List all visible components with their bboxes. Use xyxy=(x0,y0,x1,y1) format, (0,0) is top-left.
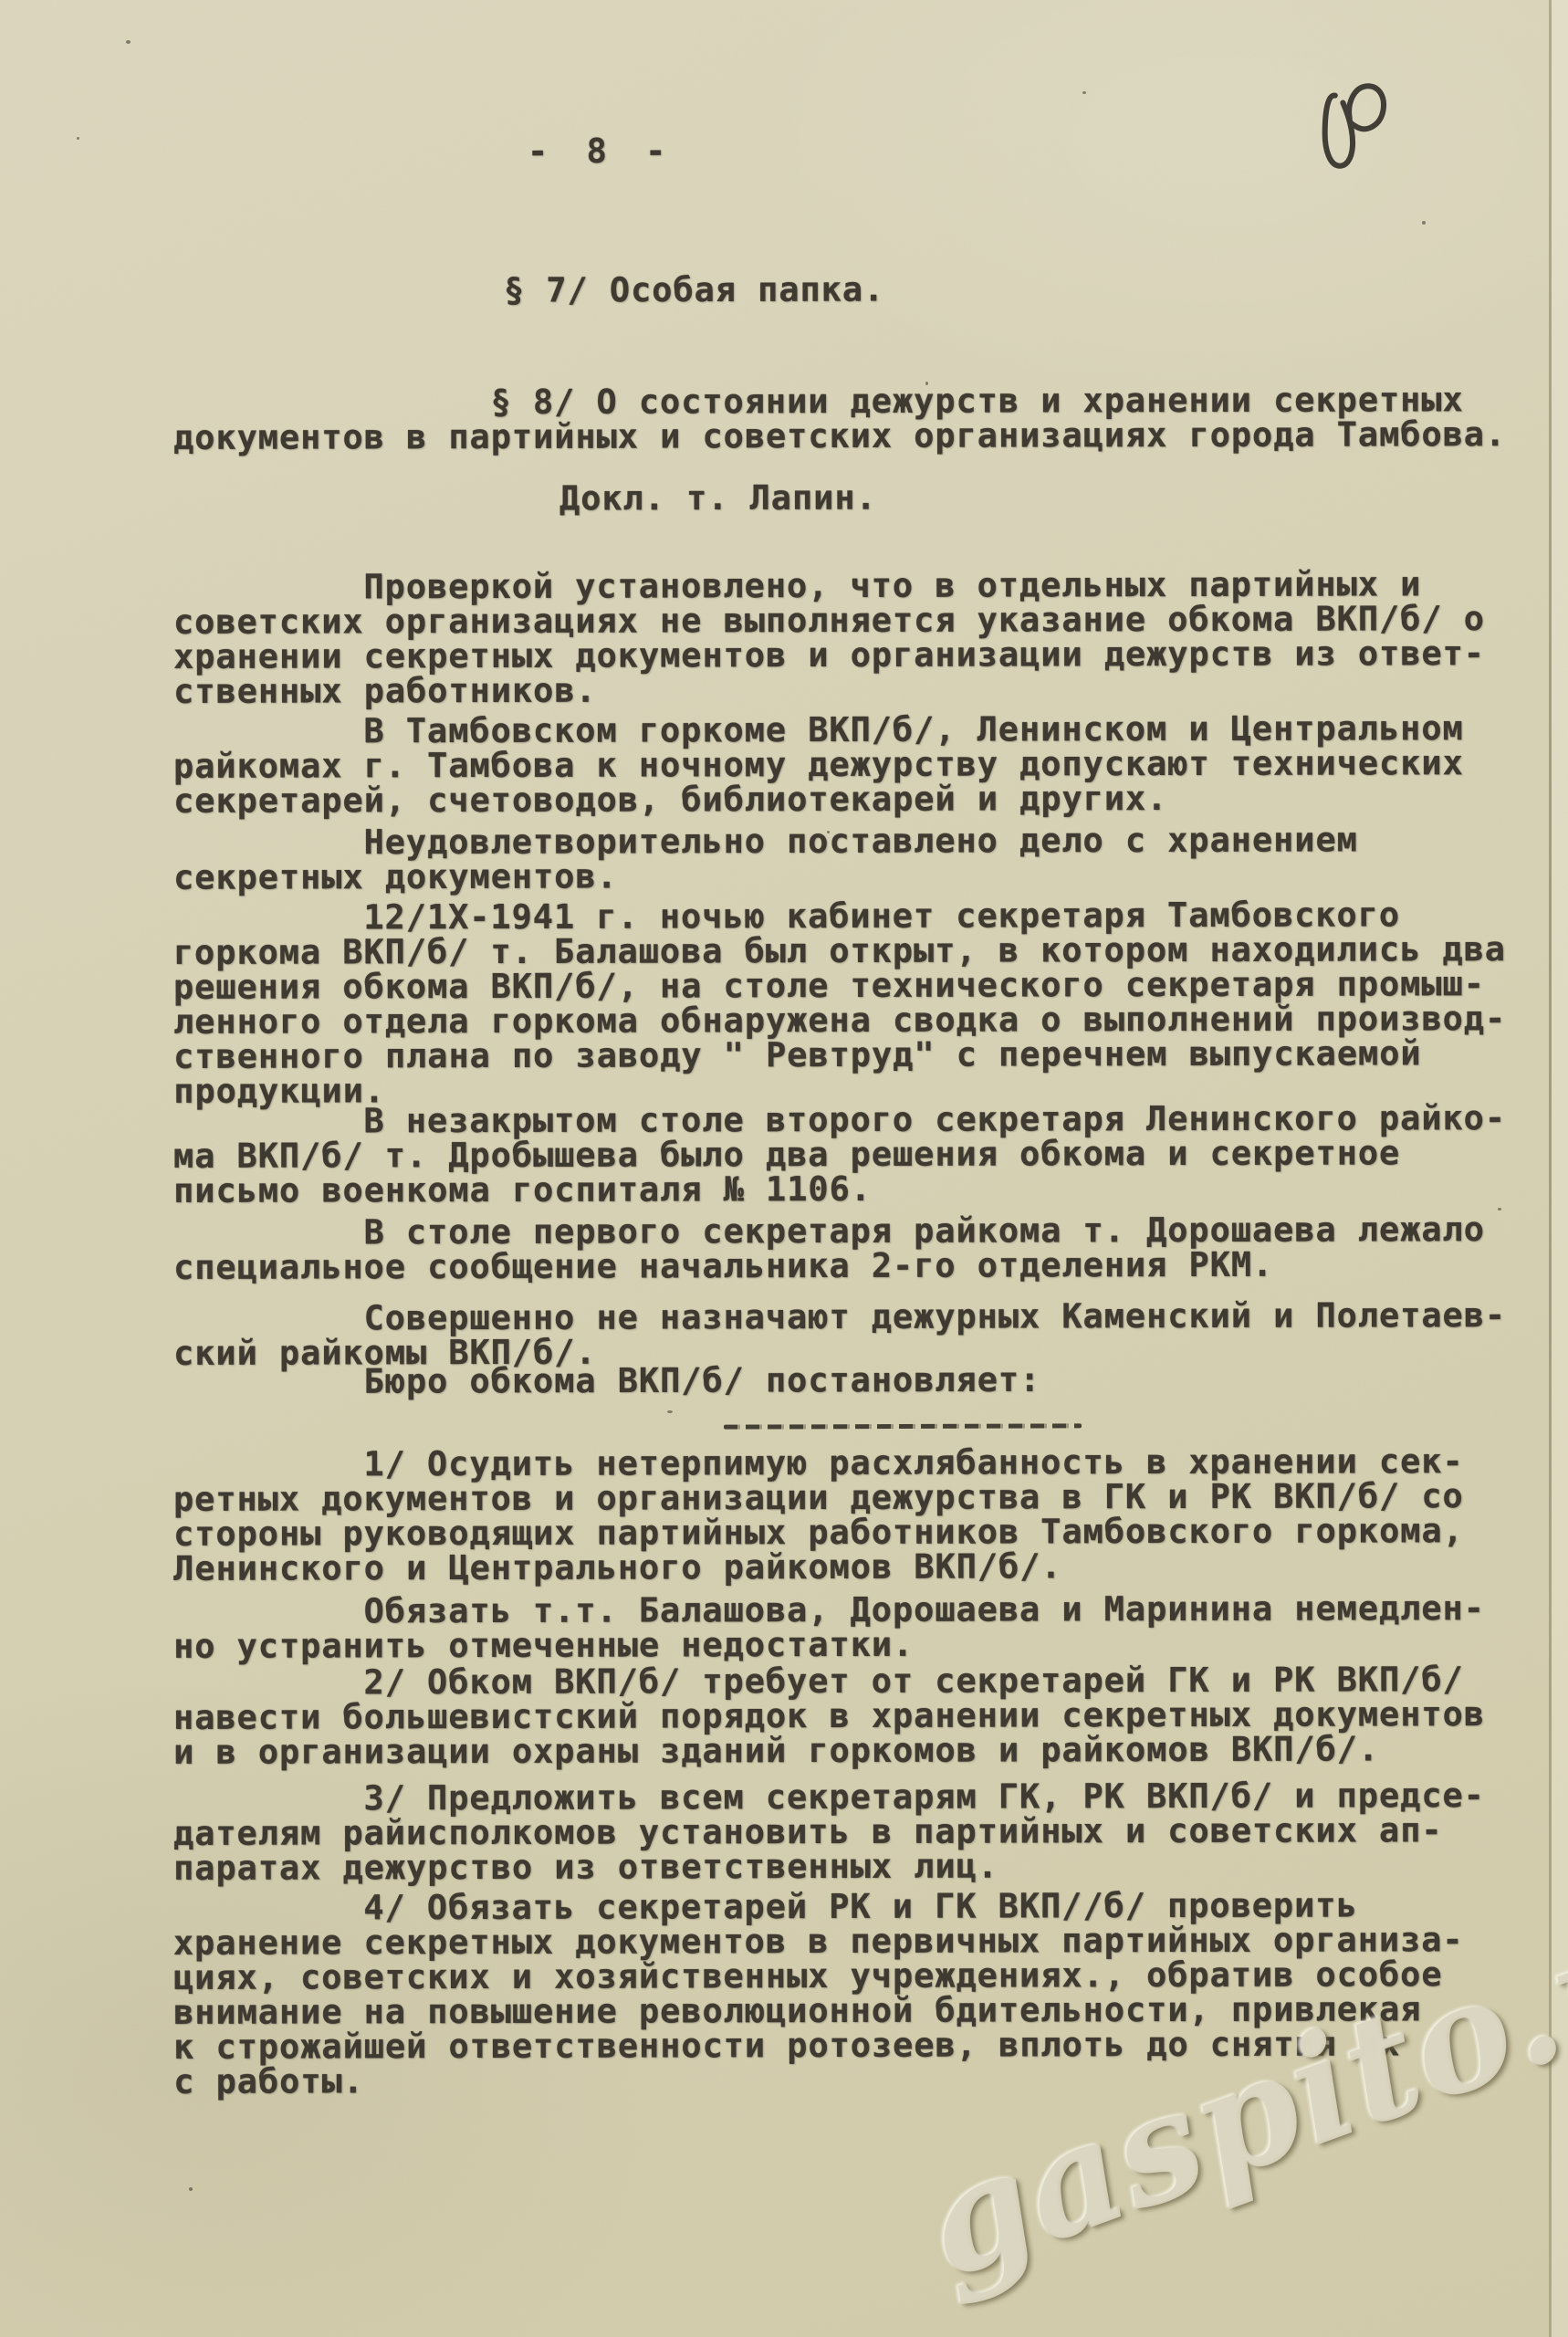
paragraph-gorkom-duty: В Тамбовском горкоме ВКП/б/, Ленинском и… xyxy=(173,711,1464,819)
resolution-item-2: 2/ Обком ВКП/б/ требует от секретарей ГК… xyxy=(173,1662,1485,1770)
paragraph-inspection-findings: Проверкой установлено, что в отдельных п… xyxy=(173,567,1485,709)
paper-speck xyxy=(1498,1208,1501,1210)
paper-speck xyxy=(667,1410,673,1413)
paper-speck xyxy=(1082,91,1086,94)
section-7-heading: § 7/ Особая папка. xyxy=(504,272,884,308)
dashed-rule xyxy=(724,1423,1082,1429)
paper-speck xyxy=(1422,221,1426,225)
resolution-item-4: 4/ Обязать секретарей РК и ГК ВКП//б/ пр… xyxy=(173,1888,1464,2100)
section-8-heading: § 8/ О состоянии дежурств и хранении сек… xyxy=(173,383,1506,456)
paragraph-storage-unsatisfactory: Неудовлетворительно поставлено дело с хр… xyxy=(173,823,1358,895)
page-number: - 8 - xyxy=(528,134,674,169)
resolution-item-3: 3/ Предложить всем секретарям ГК, РК ВКП… xyxy=(173,1778,1485,1886)
paper-speck xyxy=(77,137,79,140)
paper-speck xyxy=(126,40,131,44)
resolution-intro: Бюро обкома ВКП/б/ постановляет: xyxy=(173,1363,1040,1399)
document-page: - 8 - § 7/ Особая папка. § 8/ О состояни… xyxy=(0,0,1568,2337)
paragraph-incident-balashov: 12/1Х-1941 г. ночью кабинет секретаря Та… xyxy=(173,897,1507,1109)
paragraph-incident-doroshaev: В столе первого секретаря райкома т. Дор… xyxy=(173,1212,1485,1285)
scan-edge-strip xyxy=(1552,0,1568,2337)
resolution-item-1: 1/ Осудить нетерпимую расхлябанность в х… xyxy=(173,1444,1464,1587)
reporter-line: Докл. т. Лапин. xyxy=(559,481,877,517)
handwritten-folio-mark xyxy=(1308,72,1418,183)
resolution-item-1-followup: Обязать т.т. Балашова, Дорошаева и Марин… xyxy=(173,1591,1485,1664)
paper-speck xyxy=(189,2187,193,2191)
paragraph-incident-drobyshev: В незакрытом столе второго секретаря Лен… xyxy=(173,1101,1506,1209)
